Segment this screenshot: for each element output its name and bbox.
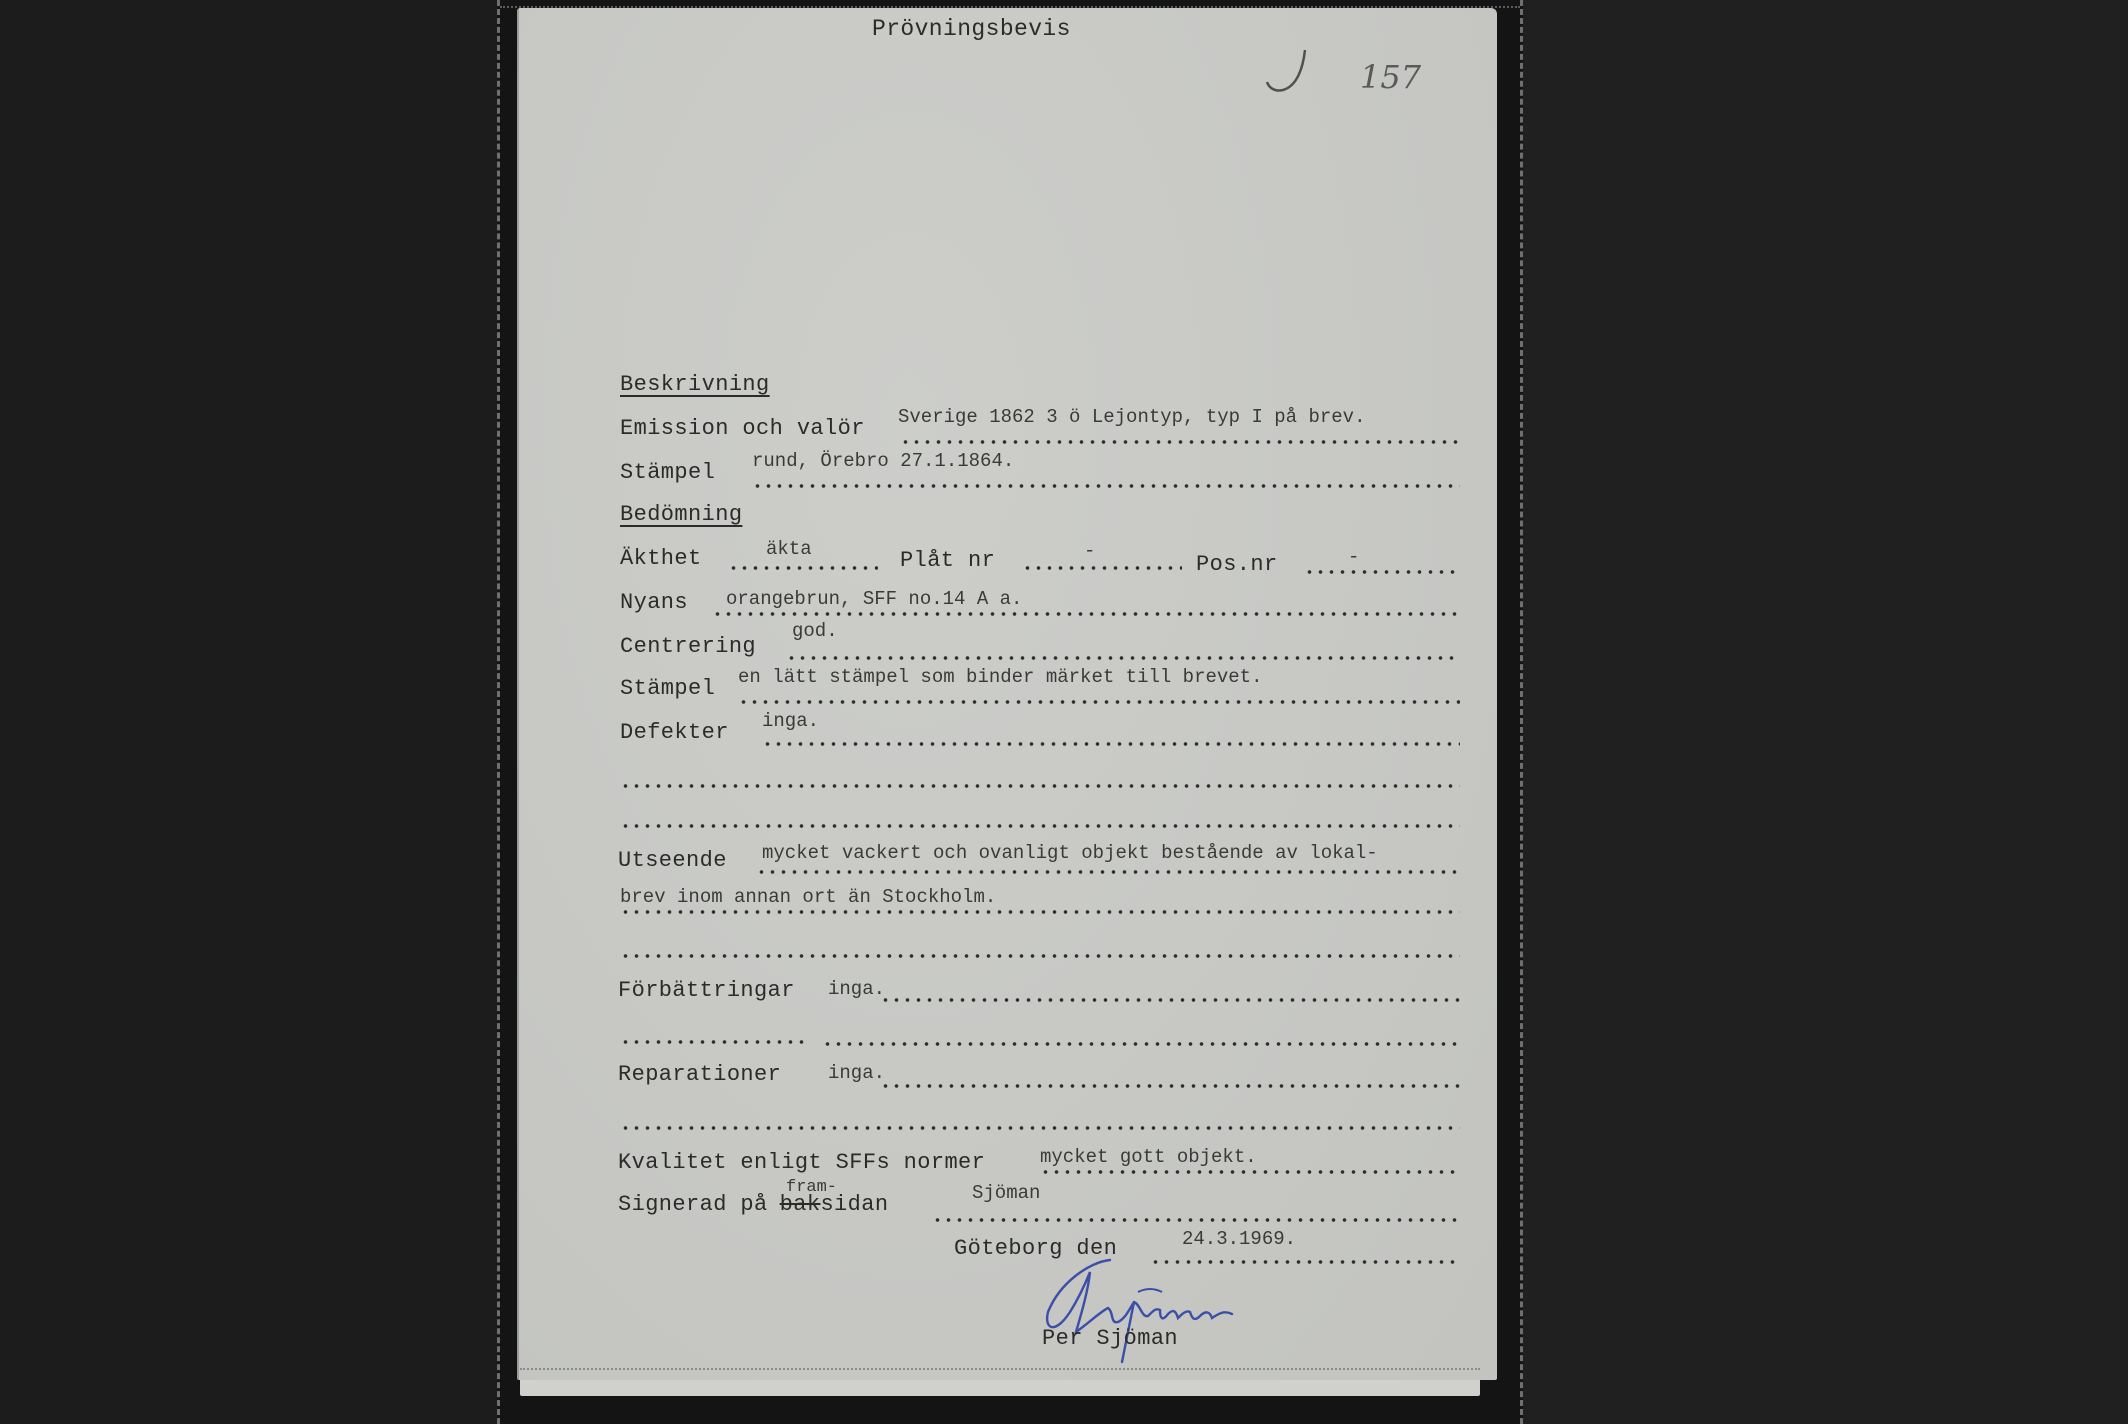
document-title: Prövningsbevis xyxy=(872,16,1071,42)
shade-label: Nyans xyxy=(620,590,688,615)
date-value: 24.3.1969. xyxy=(1182,1228,1296,1250)
improvements-value: inga. xyxy=(828,978,885,1000)
improvements-dotted-line xyxy=(880,998,1460,1002)
emission-value: Sverige 1862 3 ö Lejontyp, typ I på brev… xyxy=(898,406,1365,428)
appearance-label: Utseende xyxy=(618,848,727,873)
signatory-name: Per Sjöman xyxy=(1042,1326,1178,1351)
centering-label: Centrering xyxy=(620,634,756,659)
improvements-label: Förbättringar xyxy=(618,978,795,1003)
plate-value: - xyxy=(1084,540,1095,562)
cancel-value: rund, Örebro 27.1.1864. xyxy=(752,450,1014,472)
plate-dotted-line xyxy=(1022,566,1182,570)
shade-dotted-line xyxy=(712,612,1460,616)
genuine-label: Äkthet xyxy=(620,546,702,571)
quality-label: Kvalitet enligt SFFs normer xyxy=(618,1150,985,1175)
section-heading-assessment: Bedömning xyxy=(620,502,742,527)
plate-label: Plåt nr xyxy=(900,548,995,573)
pos-label: Pos.nr xyxy=(1196,552,1278,577)
pos-value: - xyxy=(1348,546,1359,568)
stamp-quality-dotted-line xyxy=(738,700,1460,704)
cancel-label: Stämpel xyxy=(620,460,715,485)
blank-dotted-line xyxy=(620,1126,1460,1130)
quality-value: mycket gott objekt. xyxy=(1040,1146,1257,1168)
signed-label-insert: fram- xyxy=(786,1178,837,1197)
appearance-dotted-line xyxy=(756,870,1460,874)
blank-dotted-line xyxy=(620,824,1460,828)
genuine-dotted-line xyxy=(728,566,878,570)
handwritten-check-mark-icon xyxy=(1265,48,1325,98)
stamp-quality-label: Stämpel xyxy=(620,676,715,701)
appearance-dotted-line-2 xyxy=(620,910,1460,914)
defects-label: Defekter xyxy=(620,720,729,745)
stamp-quality-value: en lätt stämpel som binder märket till b… xyxy=(738,666,1263,688)
repairs-label: Reparationer xyxy=(618,1062,781,1087)
dark-background-left xyxy=(0,0,500,1424)
defects-dotted-line xyxy=(762,742,1460,746)
emission-label: Emission och valör xyxy=(620,416,865,441)
signed-label-prefix: Signerad på xyxy=(618,1192,768,1217)
emission-dotted-line xyxy=(900,440,1460,444)
blank-dotted-line xyxy=(822,1042,1460,1046)
dark-background-right xyxy=(1520,0,2128,1424)
shade-value: orangebrun, SFF no.14 A a. xyxy=(726,588,1022,610)
pos-dotted-line xyxy=(1304,570,1460,574)
paper-bottom-edge xyxy=(520,1368,1480,1373)
genuine-value: äkta xyxy=(766,538,812,560)
blank-dotted-line xyxy=(620,1040,810,1044)
repairs-dotted-line xyxy=(880,1084,1460,1088)
centering-dotted-line xyxy=(786,656,1460,660)
defects-value: inga. xyxy=(762,710,819,732)
signed-label: Signerad påbaksidan xyxy=(618,1192,888,1217)
signed-value: Sjöman xyxy=(972,1182,1040,1204)
centering-value: god. xyxy=(792,620,838,642)
quality-dotted-line xyxy=(1040,1170,1460,1174)
appearance-value-line1: mycket vackert och ovanligt objekt bestå… xyxy=(762,842,1378,864)
appearance-value-line2: brev inom annan ort än Stockholm. xyxy=(620,886,996,908)
repairs-value: inga. xyxy=(828,1062,885,1084)
sleeve-top-edge xyxy=(500,0,1520,8)
cancel-dotted-line xyxy=(752,484,1460,488)
blank-dotted-line xyxy=(620,784,1460,788)
section-heading-description: Beskrivning xyxy=(620,372,770,397)
handwritten-signature-icon xyxy=(1030,1252,1270,1372)
blank-dotted-line xyxy=(620,954,1460,958)
handwritten-reference-number: 157 xyxy=(1360,58,1421,96)
signed-dotted-line xyxy=(932,1218,1460,1222)
